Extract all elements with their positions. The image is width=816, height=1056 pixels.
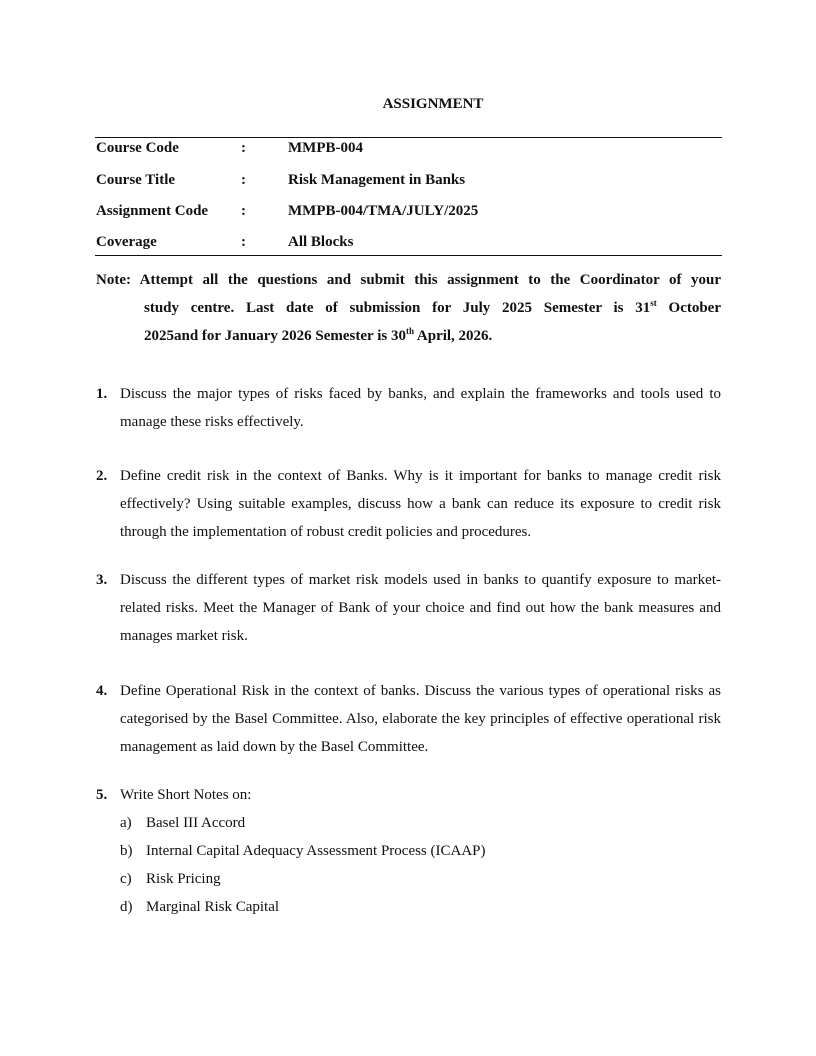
question-number: 2. (96, 462, 107, 490)
note-text: April, 2026. (414, 328, 492, 344)
short-note-item: b) Internal Capital Adequacy Assessment … (96, 837, 721, 865)
meta-label: Assignment Code (96, 203, 208, 220)
list-marker: a) (120, 809, 132, 837)
meta-separator: : (241, 140, 246, 157)
question-text: Discuss the major types of risks faced b… (120, 380, 721, 436)
question-5: 5. Write Short Notes on: a) Basel III Ac… (96, 781, 721, 921)
note-line-1: Note: Attempt all the questions and subm… (96, 266, 721, 294)
short-note-text: Internal Capital Adequacy Assessment Pro… (146, 843, 486, 859)
question-2: 2. Define credit risk in the context of … (96, 462, 721, 546)
header-top-rule (95, 137, 722, 138)
meta-value: Risk Management in Banks (288, 172, 465, 189)
document-title: ASSIGNMENT (0, 96, 816, 113)
question-number: 1. (96, 380, 107, 408)
short-note-text: Marginal Risk Capital (146, 899, 279, 915)
note-text: October (657, 300, 721, 316)
short-note-item: d) Marginal Risk Capital (96, 893, 721, 921)
meta-value: MMPB-004 (288, 140, 363, 157)
submission-note: Note: Attempt all the questions and subm… (96, 266, 721, 350)
assignment-page: ASSIGNMENT Course Code : MMPB-004 Course… (0, 0, 816, 1056)
short-notes-list: a) Basel III Accord b) Internal Capital … (96, 809, 721, 921)
meta-separator: : (241, 172, 246, 189)
question-text: Define credit risk in the context of Ban… (120, 462, 721, 546)
note-line-3: 2025and for January 2026 Semester is 30t… (96, 322, 721, 350)
list-marker: b) (120, 837, 133, 865)
note-text: 2025and for January 2026 Semester is 30 (144, 328, 406, 344)
question-text: Define Operational Risk in the context o… (120, 677, 721, 761)
short-note-text: Risk Pricing (146, 871, 221, 887)
short-note-item: a) Basel III Accord (96, 809, 721, 837)
question-3: 3. Discuss the different types of market… (96, 566, 721, 650)
meta-separator: : (241, 234, 246, 251)
meta-row-course-title: Course Title : Risk Management in Banks (96, 172, 722, 192)
question-number: 4. (96, 677, 107, 705)
question-number: 5. (96, 781, 107, 809)
list-marker: c) (120, 865, 132, 893)
question-number: 3. (96, 566, 107, 594)
question-1: 1. Discuss the major types of risks face… (96, 380, 721, 436)
meta-label: Course Title (96, 172, 175, 189)
short-note-text: Basel III Accord (146, 815, 245, 831)
meta-label: Coverage (96, 234, 157, 251)
list-marker: d) (120, 893, 133, 921)
note-line-2: study centre. Last date of submission fo… (96, 294, 721, 322)
meta-separator: : (241, 203, 246, 220)
meta-row-course-code: Course Code : MMPB-004 (96, 140, 722, 160)
short-note-item: c) Risk Pricing (96, 865, 721, 893)
ordinal-suffix: th (406, 326, 414, 336)
question-text: Write Short Notes on: (120, 781, 721, 809)
meta-value: All Blocks (288, 234, 353, 251)
meta-label: Course Code (96, 140, 179, 157)
header-bottom-rule (95, 255, 722, 256)
question-text: Discuss the different types of market ri… (120, 566, 721, 650)
note-text: study centre. Last date of submission fo… (144, 300, 650, 316)
meta-value: MMPB-004/TMA/JULY/2025 (288, 203, 478, 220)
meta-row-coverage: Coverage : All Blocks (96, 234, 722, 254)
question-4: 4. Define Operational Risk in the contex… (96, 677, 721, 761)
meta-row-assignment-code: Assignment Code : MMPB-004/TMA/JULY/2025 (96, 203, 722, 223)
